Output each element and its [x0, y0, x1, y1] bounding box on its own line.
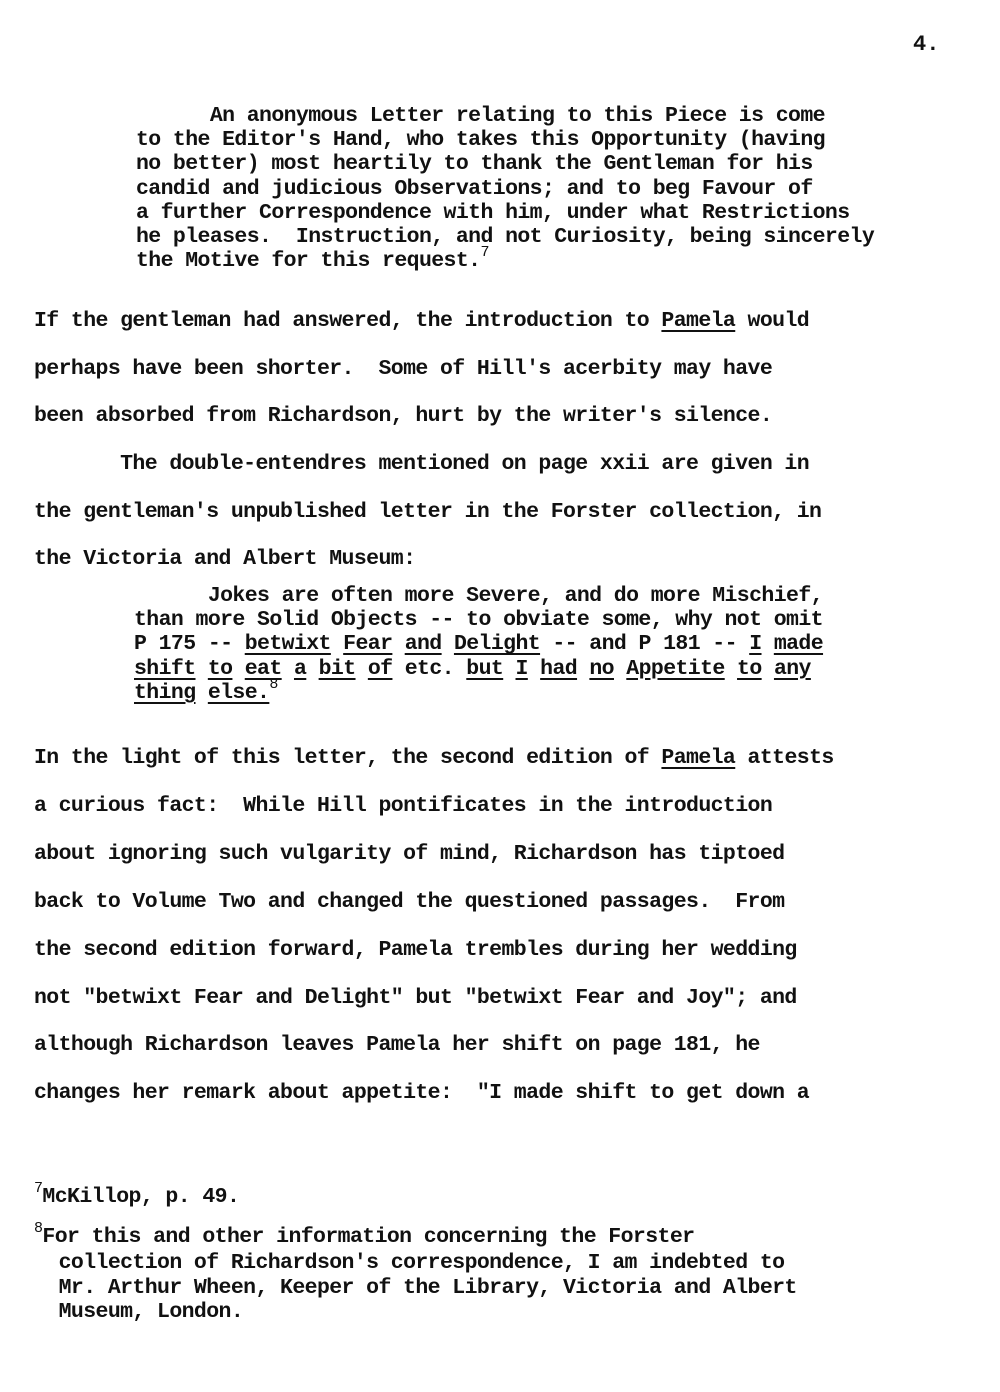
text-line: back to Volume Two and changed the quest… — [34, 879, 834, 927]
footnotes: 7McKillop, p. 49.8For this and other inf… — [34, 1185, 797, 1324]
underlined-text: bit — [319, 657, 356, 681]
underlined-text: to — [208, 657, 233, 681]
text-line: perhaps have been shorter. Some of Hill'… — [34, 346, 809, 394]
underlined-text: to — [737, 657, 762, 681]
underlined-text: thing — [134, 681, 196, 705]
block-quote-jokes-letter: Jokes are often more Severe, and do more… — [134, 584, 823, 707]
text-line: been absorbed from Richardson, hurt by t… — [34, 393, 809, 441]
text-line: shift to eat a bit of etc. but I had no … — [134, 657, 823, 681]
footnote-number: 8 — [34, 1220, 42, 1237]
footnote-line: 8For this and other information concerni… — [34, 1225, 797, 1251]
underlined-text: Delight — [454, 632, 540, 656]
underlined-text: Appetite — [626, 657, 724, 681]
footnote-line: Mr. Arthur Wheen, Keeper of the Library,… — [34, 1276, 797, 1300]
text-line: the Motive for this request.7 — [136, 249, 874, 275]
text-line: he pleases. Instruction, and not Curiosi… — [136, 225, 874, 249]
footnote-line: 7McKillop, p. 49. — [34, 1185, 797, 1211]
text-line: to the Editor's Hand, who takes this Opp… — [136, 128, 874, 152]
text-line: In the light of this letter, the second … — [34, 735, 834, 783]
footnote-8: 8For this and other information concerni… — [34, 1225, 797, 1324]
text-line: The double-entendres mentioned on page x… — [34, 441, 821, 489]
underlined-text: and — [405, 632, 442, 656]
underlined-text: Pamela — [661, 309, 735, 333]
text-line: the Victoria and Albert Museum: — [34, 536, 821, 584]
underlined-text: of — [368, 657, 393, 681]
text-line: not "betwixt Fear and Delight" but "betw… — [34, 975, 834, 1023]
text-line: candid and judicious Observations; and t… — [136, 177, 874, 201]
footnote-line: collection of Richardson's correspondenc… — [34, 1251, 797, 1275]
paragraph-gentleman-answer: If the gentleman had answered, the intro… — [34, 298, 809, 441]
underlined-text: Fear — [343, 632, 392, 656]
underlined-text: but — [466, 657, 503, 681]
underlined-text: I — [516, 657, 528, 681]
underlined-text: had — [540, 657, 577, 681]
footnote-line: Museum, London. — [34, 1300, 797, 1324]
text-line: changes her remark about appetite: "I ma… — [34, 1070, 834, 1118]
text-line: about ignoring such vulgarity of mind, R… — [34, 831, 834, 879]
text-line: An anonymous Letter relating to this Pie… — [136, 104, 874, 128]
text-line: no better) most heartily to thank the Ge… — [136, 152, 874, 176]
block-quote-anonymous-letter: An anonymous Letter relating to this Pie… — [136, 104, 874, 275]
underlined-text: else. — [208, 681, 270, 705]
underlined-text: made — [774, 632, 823, 656]
text-line: Jokes are often more Severe, and do more… — [134, 584, 823, 608]
underlined-text: no — [589, 657, 614, 681]
text-line: P 175 -- betwixt Fear and Delight -- and… — [134, 632, 823, 656]
text-line: the second edition forward, Pamela tremb… — [34, 927, 834, 975]
footnote-reference: 8 — [269, 676, 277, 693]
underlined-text: betwixt — [245, 632, 331, 656]
footnote-7: 7McKillop, p. 49. — [34, 1185, 797, 1211]
paragraph-double-entendres: The double-entendres mentioned on page x… — [34, 441, 821, 584]
text-line: a further Correspondence with him, under… — [136, 201, 874, 225]
text-line: thing else.8 — [134, 681, 823, 707]
page-number: 4. — [913, 32, 939, 57]
text-line: a curious fact: While Hill pontificates … — [34, 783, 834, 831]
text-line: although Richardson leaves Pamela her sh… — [34, 1022, 834, 1070]
text-line: than more Solid Objects -- to obviate so… — [134, 608, 823, 632]
underlined-text: Pamela — [661, 746, 735, 770]
underlined-text: I — [749, 632, 761, 656]
paragraph-second-edition: In the light of this letter, the second … — [34, 735, 834, 1118]
underlined-text: a — [294, 657, 306, 681]
underlined-text: any — [774, 657, 811, 681]
underlined-text: shift — [134, 657, 196, 681]
text-line: the gentleman's unpublished letter in th… — [34, 489, 821, 537]
footnote-number: 7 — [34, 1180, 42, 1197]
text-line: If the gentleman had answered, the intro… — [34, 298, 809, 346]
footnote-reference: 7 — [480, 244, 488, 261]
